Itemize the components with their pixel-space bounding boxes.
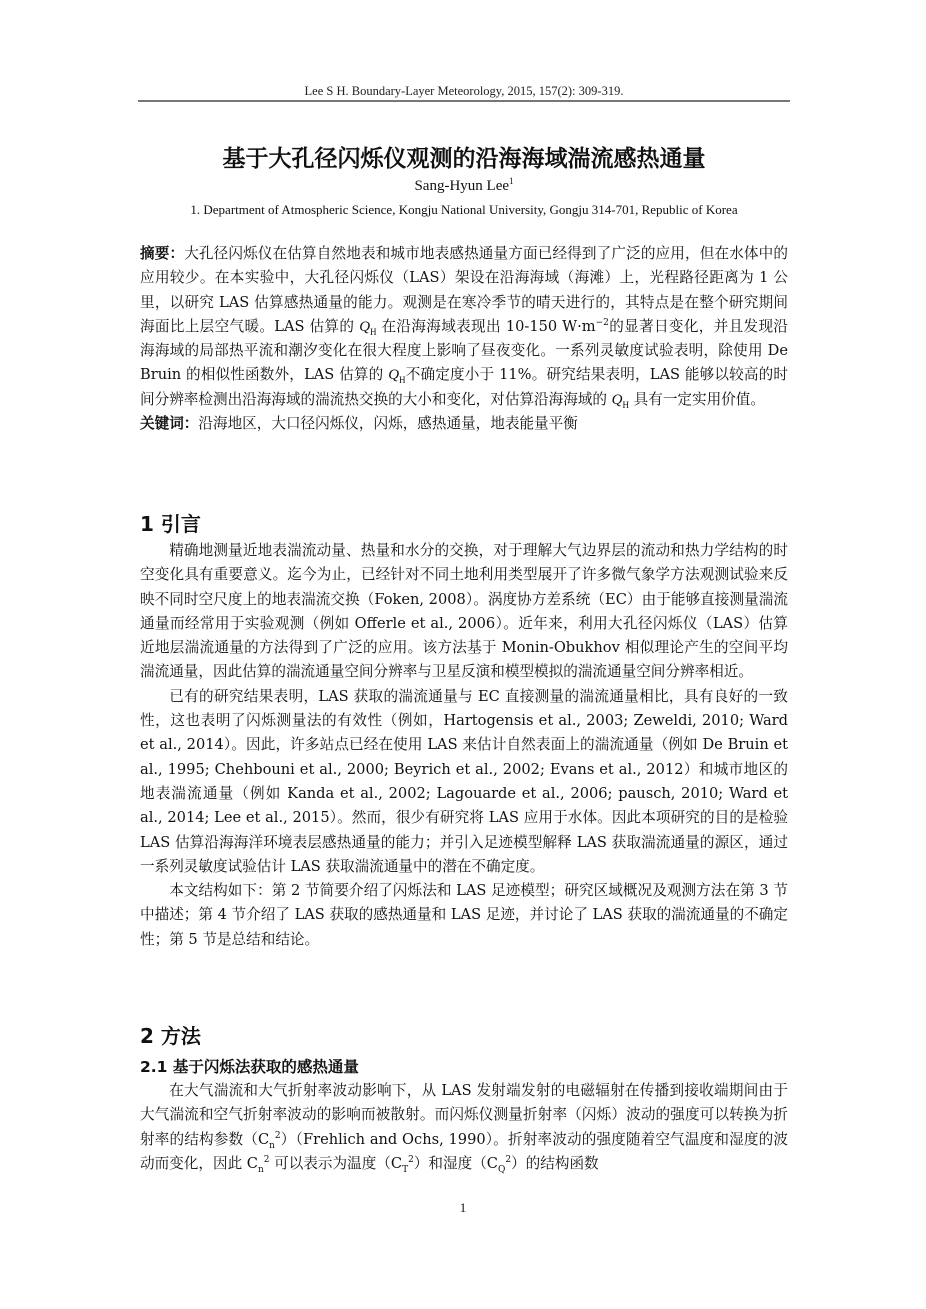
author-line: Sang-Hyun Lee1 xyxy=(138,178,790,195)
section-2-1-body: 在大气湍流和大气折射率波动影响下，从 LAS 发射端发射的电磁辐射在传播到接收端… xyxy=(140,1079,788,1176)
intro-paragraph-2: 已有的研究结果表明，LAS 获取的湍流通量与 EC 直接测量的湍流通量相比，具有… xyxy=(140,685,788,879)
subsection-heading-2-1: 2.1 基于闪烁法获取的感热通量 xyxy=(140,1055,359,1077)
keywords-paragraph: 关键词：沿海地区，大口径闪烁仪，闪烁，感热通量，地表能量平衡 xyxy=(140,412,788,436)
paper-title: 基于大孔径闪烁仪观测的沿海海域湍流感热通量 xyxy=(138,140,790,173)
abstract-text: 在沿海海域表现出 10-150 W·m xyxy=(377,318,596,335)
author-name: Sang-Hyun Lee xyxy=(414,178,509,194)
abstract-label: 摘要： xyxy=(140,245,184,262)
document-page: Lee S H. Boundary-Layer Meteorology, 201… xyxy=(0,0,926,1309)
intro-paragraph-1: 精确地测量近地表湍流动量、热量和水分的交换，对于理解大气边界层的流动和热力学结构… xyxy=(140,539,788,685)
keywords-text: 沿海地区，大口径闪烁仪，闪烁，感热通量，地表能量平衡 xyxy=(198,415,577,432)
qh-symbol: QH xyxy=(388,367,405,383)
abstract-text: 具有一定实用价值。 xyxy=(629,391,765,408)
author-affiliation-mark: 1 xyxy=(509,176,514,186)
running-head: Lee S H. Boundary-Layer Meteorology, 201… xyxy=(138,84,790,99)
affiliation: 1. Department of Atmospheric Science, Ko… xyxy=(138,202,790,218)
page-number: 1 xyxy=(0,1200,926,1216)
section-1-body: 精确地测量近地表湍流动量、热量和水分的交换，对于理解大气边界层的流动和热力学结构… xyxy=(140,539,788,952)
qh-symbol: QH xyxy=(612,392,629,408)
section-heading-2: 2 方法 xyxy=(140,1020,201,1049)
section-heading-1: 1 引言 xyxy=(140,508,201,537)
qh-symbol: QH xyxy=(359,319,376,335)
abstract-block: 摘要：大孔径闪烁仪在估算自然地表和城市地表感热通量方面已经得到了广泛的应用，但在… xyxy=(140,242,788,436)
abstract-paragraph: 摘要：大孔径闪烁仪在估算自然地表和城市地表感热通量方面已经得到了广泛的应用，但在… xyxy=(140,242,788,412)
keywords-label: 关键词： xyxy=(140,415,198,432)
method-paragraph-1: 在大气湍流和大气折射率波动影响下，从 LAS 发射端发射的电磁辐射在传播到接收端… xyxy=(140,1079,788,1176)
header-rule xyxy=(138,100,790,102)
intro-paragraph-3: 本文结构如下：第 2 节简要介绍了闪烁法和 LAS 足迹模型；研究区域概况及观测… xyxy=(140,879,788,952)
exponent: −2 xyxy=(596,318,609,328)
